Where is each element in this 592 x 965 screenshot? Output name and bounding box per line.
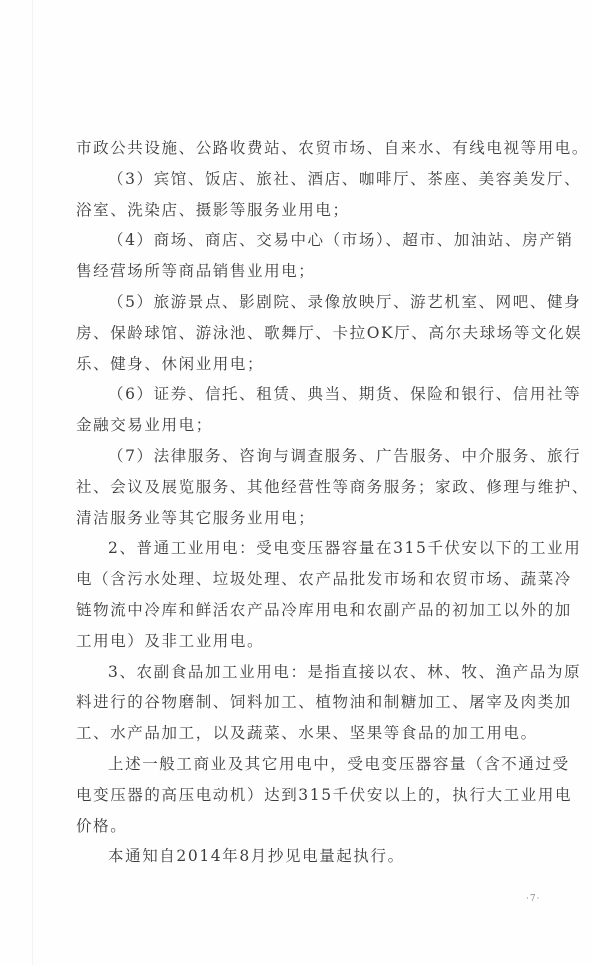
item-5-line-2: 房、保龄球馆、游泳池、歌舞厅、卡拉OK厅、高尔夫球场等文化娱: [76, 318, 542, 349]
item-7-line-1: （7）法律服务、咨询与调查服务、广告服务、中介服务、旅行: [76, 441, 542, 472]
item-5-line-3: 乐、健身、休闲业用电；: [76, 349, 542, 380]
item-4-line-2: 售经营场所等商品销售业用电；: [76, 256, 542, 287]
document-body: 市政公共设施、公路收费站、农贸市场、自来水、有线电视等用电。 （3）宾馆、饭店、…: [76, 133, 542, 872]
item-7-line-3: 清洁服务业等其它服务业用电；: [76, 503, 542, 534]
item-5-line-1: （5）旅游景点、影剧院、录像放映厅、游艺机室、网吧、健身: [76, 287, 542, 318]
text-line-continuation: 市政公共设施、公路收费站、农贸市场、自来水、有线电视等用电。: [76, 133, 542, 164]
section-2-line-1: 2、普通工业用电：受电变压器容量在315千伏安以下的工业用: [76, 533, 542, 564]
item-6-line-2: 金融交易业用电；: [76, 410, 542, 441]
item-3-line-2: 浴室、洗染店、摄影等服务业用电；: [76, 195, 542, 226]
item-6-line-1: （6）证券、信托、租赁、典当、期货、保险和银行、信用社等: [76, 379, 542, 410]
section-2-line-2: 电（含污水处理、垃圾处理、农产品批发市场和农贸市场、蔬菜冷: [76, 564, 542, 595]
document-page: 市政公共设施、公路收费站、农贸市场、自来水、有线电视等用电。 （3）宾馆、饭店、…: [0, 0, 592, 965]
section-3-line-2: 料进行的谷物磨制、饲料加工、植物油和制糖加工、屠宰及肉类加: [76, 687, 542, 718]
summary-line-1: 上述一般工商业及其它用电中，受电变压器容量（含不通过受: [76, 749, 542, 780]
item-3-line-1: （3）宾馆、饭店、旅社、酒店、咖啡厅、茶座、美容美发厅、: [76, 164, 542, 195]
effective-date-line: 本通知自2014年8月抄见电量起执行。: [76, 841, 542, 872]
summary-line-2: 电变压器的高压电动机）达到315千伏安以上的，执行大工业用电: [76, 780, 542, 811]
summary-line-3: 价格。: [76, 811, 542, 842]
item-7-line-2: 社、会议及展览服务、其他经营性等商务服务；家政、修理与维护、: [76, 472, 542, 503]
scan-edge: [32, 0, 33, 965]
item-4-line-1: （4）商场、商店、交易中心（市场）、超市、加油站、房产销: [76, 225, 542, 256]
section-2-line-4: 工用电）及非工业用电。: [76, 626, 542, 657]
section-3-line-3: 工、水产品加工，以及蔬菜、水果、坚果等食品的加工用电。: [76, 718, 542, 749]
section-2-line-3: 链物流中冷库和鲜活农产品冷库用电和农副产品的初加工以外的加: [76, 595, 542, 626]
page-number: ·7·: [526, 894, 540, 904]
section-3-line-1: 3、农副食品加工业用电：是指直接以农、林、牧、渔产品为原: [76, 657, 542, 688]
